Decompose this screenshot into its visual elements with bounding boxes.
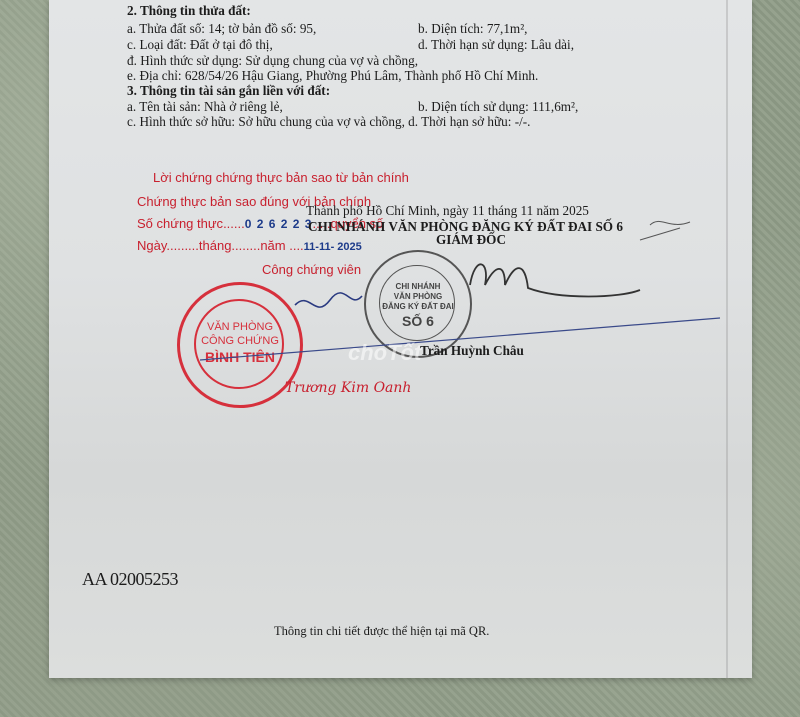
serial-number: AA 02005253 xyxy=(82,569,178,589)
notary-signature-name: Trương Kim Oanh xyxy=(285,380,411,396)
footer-note: Thông tin chi tiết được thể hiện tại mã … xyxy=(274,624,489,639)
watermark: choTốt xyxy=(348,340,421,366)
issuer-signer: Trần Huỳnh Châu xyxy=(420,343,524,358)
